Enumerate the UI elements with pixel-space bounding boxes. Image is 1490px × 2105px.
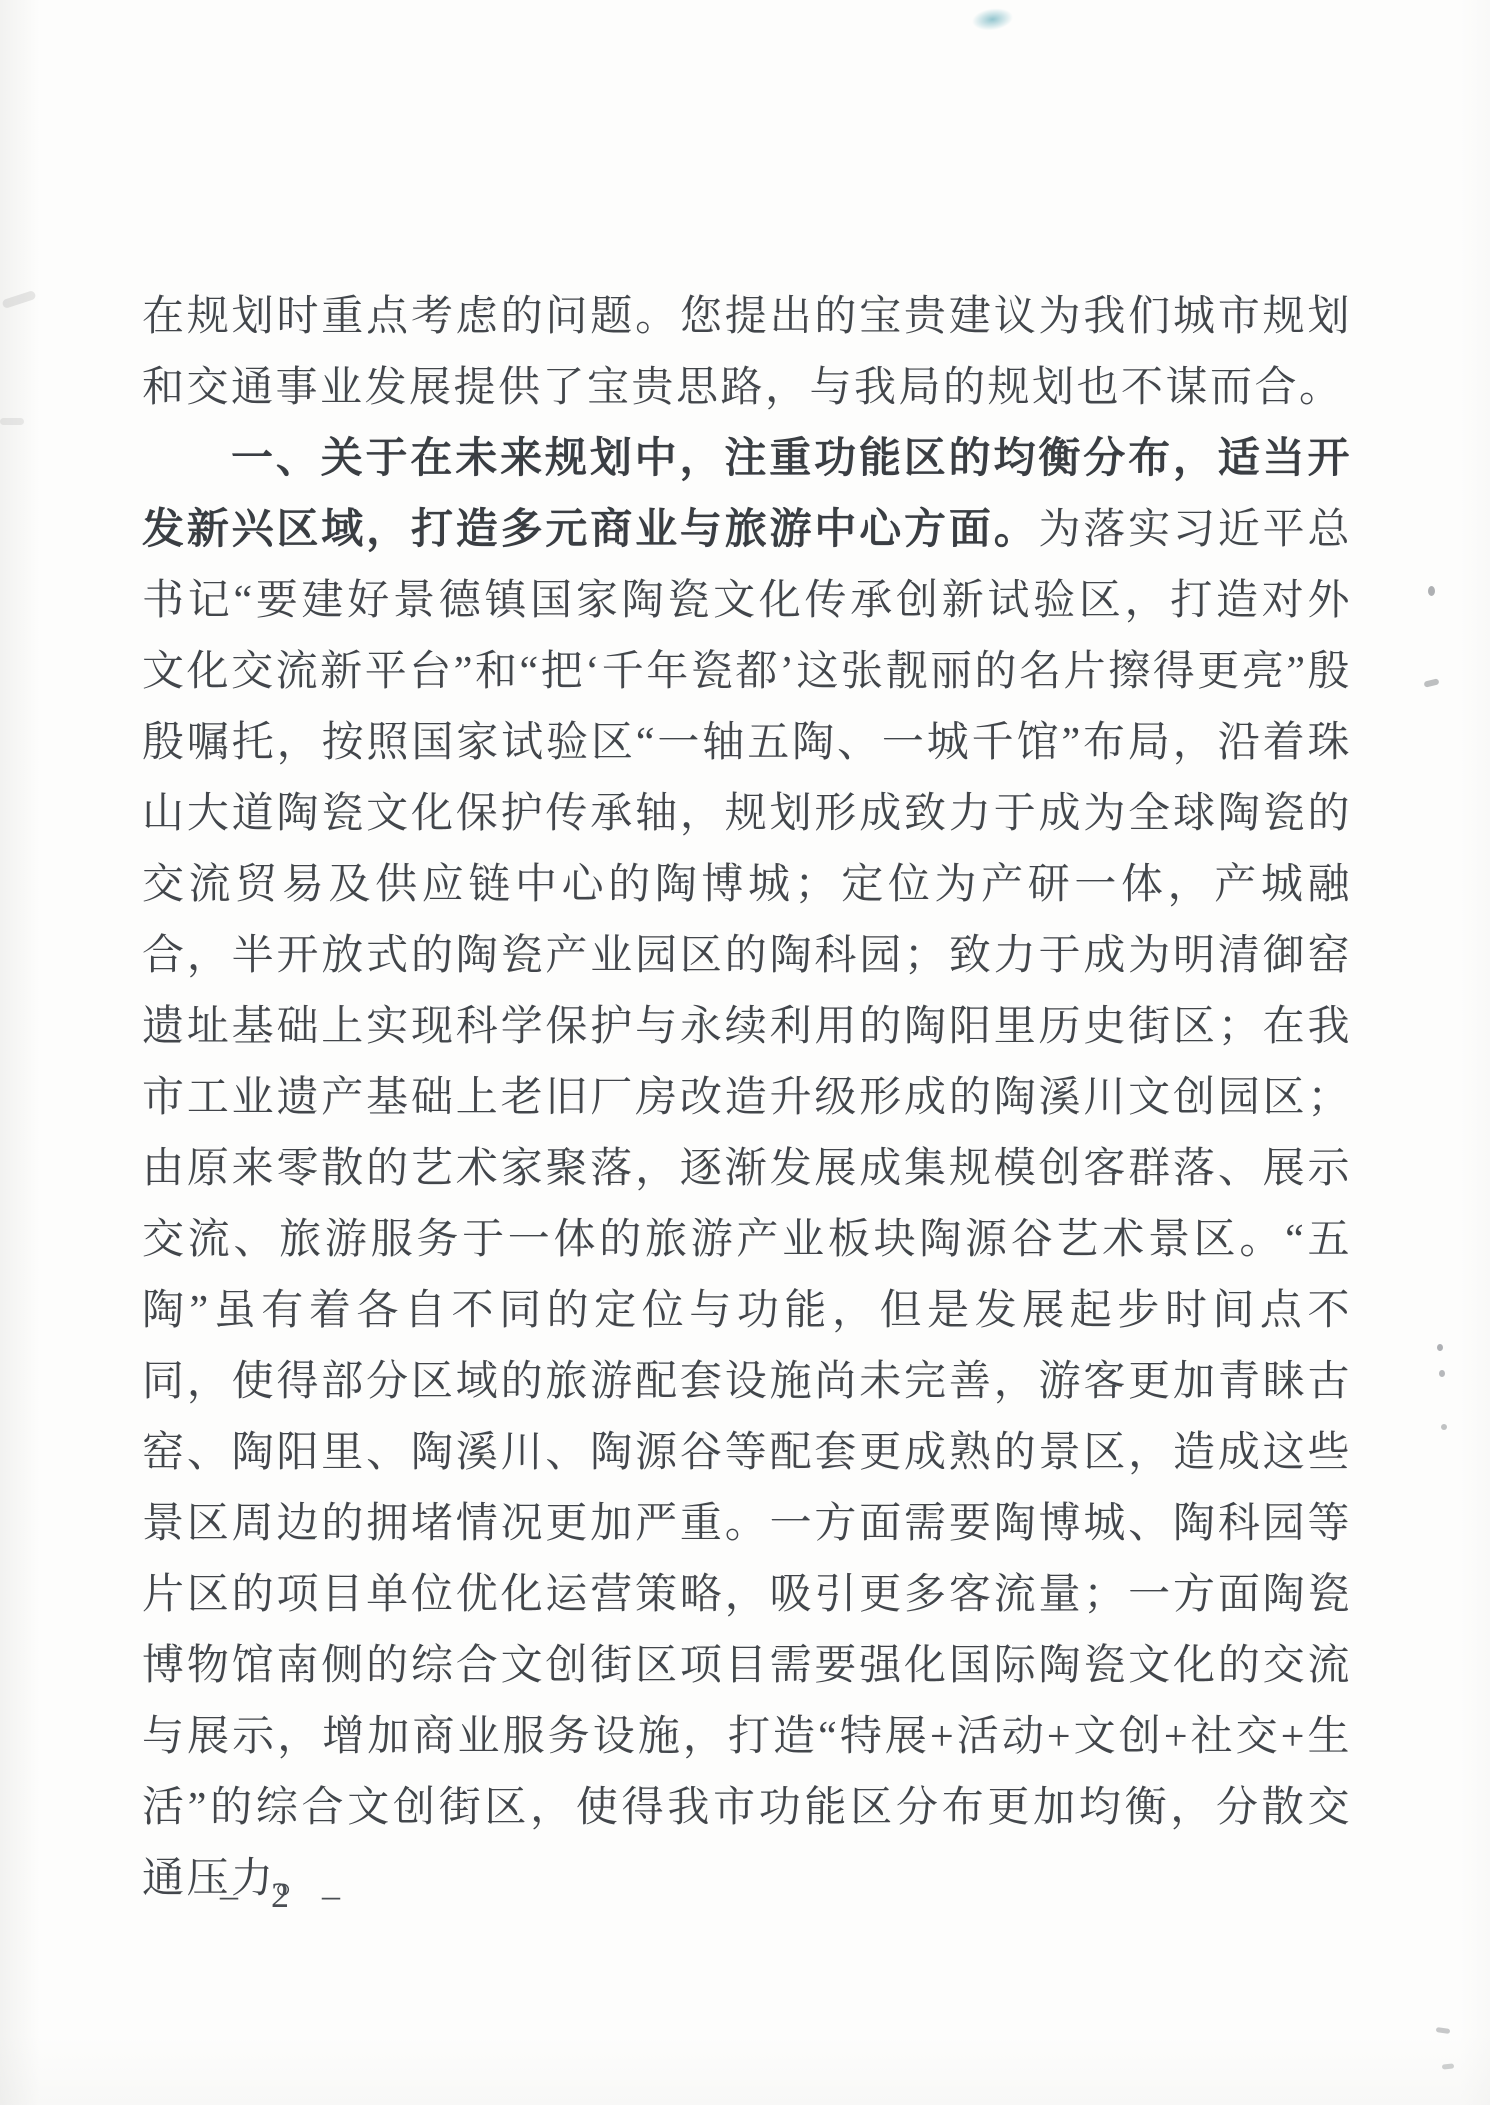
body-text: 为落实习近平总书记“要建好景德镇国家陶瓷文化传承创新试验区，打造对外文化交流新平… — [142, 507, 1352, 1902]
scan-speck — [1442, 2063, 1454, 2069]
scan-streak — [0, 418, 24, 425]
scan-speck — [1423, 678, 1439, 687]
scan-speck — [1441, 1424, 1447, 1430]
letter-body: 在规划时重点考虑的问题。您提出的宝贵建议为我们城市规划和交通事业发展提供了宝贵思… — [142, 282, 1352, 1915]
scan-speck — [1428, 586, 1435, 596]
page-number: – 2 – — [220, 1874, 352, 1916]
paragraph-section-one: 一、关于在未来规划中，注重功能区的均衡分布，适当开发新兴区域，打造多元商业与旅游… — [142, 424, 1352, 1915]
scan-speck — [1439, 1370, 1445, 1377]
scanned-letter-page: 在规划时重点考虑的问题。您提出的宝贵建议为我们城市规划和交通事业发展提供了宝贵思… — [0, 0, 1490, 2105]
scan-streak — [1, 290, 36, 309]
body-text: 在规划时重点考虑的问题。您提出的宝贵建议为我们城市规划和交通事业发展提供了宝贵思… — [142, 294, 1352, 411]
scan-speck — [1436, 2027, 1451, 2034]
scan-speck — [1437, 1344, 1443, 1351]
scan-smudge-teal — [968, 1, 1022, 38]
paragraph-continuation: 在规划时重点考虑的问题。您提出的宝贵建议为我们城市规划和交通事业发展提供了宝贵思… — [142, 282, 1352, 424]
